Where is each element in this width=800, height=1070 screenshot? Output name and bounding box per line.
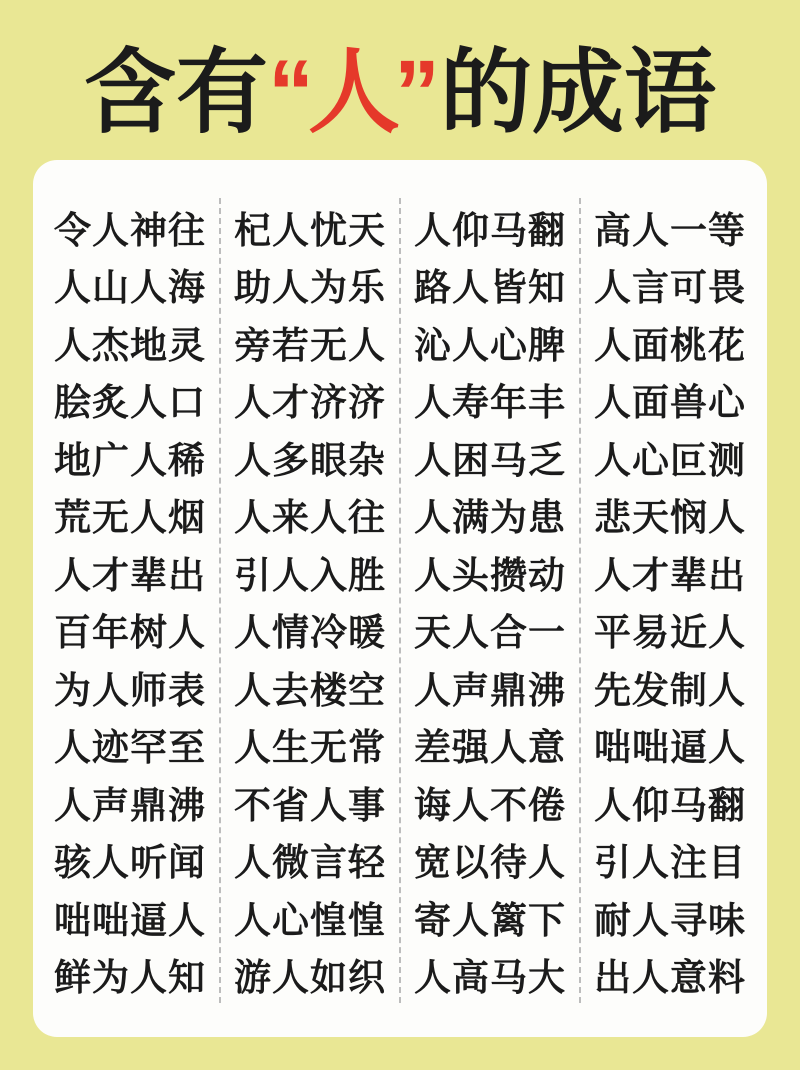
title-suffix: 的成语 xyxy=(440,19,716,151)
title-prefix: 含有 xyxy=(84,19,268,151)
idiom-item: 人心叵测 xyxy=(581,428,759,486)
idiom-item: 沁人心脾 xyxy=(401,313,579,371)
idiom-item: 人声鼎沸 xyxy=(401,658,579,716)
idiom-item: 脍炙人口 xyxy=(41,371,219,429)
idiom-item: 人生无常 xyxy=(221,716,399,774)
idiom-item: 宽以待人 xyxy=(401,831,579,889)
idiom-column-1: 令人神往人山人海人杰地灵脍炙人口地广人稀荒无人烟人才辈出百年树人为人师表人迹罕至… xyxy=(41,198,221,1003)
idiom-column-4: 高人一等人言可畏人面桃花人面兽心人心叵测悲天悯人人才辈出平易近人先发制人咄咄逼人… xyxy=(581,198,759,1003)
idiom-item: 高人一等 xyxy=(581,198,759,256)
idiom-item: 旁若无人 xyxy=(221,313,399,371)
idiom-item: 人寿年丰 xyxy=(401,371,579,429)
idiom-card: 令人神往人山人海人杰地灵脍炙人口地广人稀荒无人烟人才辈出百年树人为人师表人迹罕至… xyxy=(33,160,767,1037)
idiom-item: 人声鼎沸 xyxy=(41,773,219,831)
idiom-item: 人去楼空 xyxy=(221,658,399,716)
idiom-item: 骇人听闻 xyxy=(41,831,219,889)
idiom-item: 人才辈出 xyxy=(581,543,759,601)
idiom-item: 人仰马翻 xyxy=(581,773,759,831)
idiom-item: 出人意料 xyxy=(581,946,759,1004)
idiom-item: 人微言轻 xyxy=(221,831,399,889)
title-highlight: “人” xyxy=(268,19,434,151)
idiom-item: 荒无人烟 xyxy=(41,486,219,544)
idiom-column-3: 人仰马翻路人皆知沁人心脾人寿年丰人困马乏人满为患人头攒动天人合一人声鼎沸差强人意… xyxy=(401,198,581,1003)
idiom-item: 人杰地灵 xyxy=(41,313,219,371)
idiom-item: 诲人不倦 xyxy=(401,773,579,831)
idiom-item: 人言可畏 xyxy=(581,256,759,314)
idiom-item: 路人皆知 xyxy=(401,256,579,314)
idiom-item: 人仰马翻 xyxy=(401,198,579,256)
idiom-item: 地广人稀 xyxy=(41,428,219,486)
idiom-item: 助人为乐 xyxy=(221,256,399,314)
idiom-item: 人面桃花 xyxy=(581,313,759,371)
idiom-item: 天人合一 xyxy=(401,601,579,659)
idiom-item: 人才济济 xyxy=(221,371,399,429)
idiom-item: 悲天悯人 xyxy=(581,486,759,544)
idiom-item: 人头攒动 xyxy=(401,543,579,601)
idiom-item: 不省人事 xyxy=(221,773,399,831)
idiom-item: 平易近人 xyxy=(581,601,759,659)
idiom-item: 人高马大 xyxy=(401,946,579,1004)
idiom-grid: 令人神往人山人海人杰地灵脍炙人口地广人稀荒无人烟人才辈出百年树人为人师表人迹罕至… xyxy=(41,198,759,1003)
idiom-item: 人才辈出 xyxy=(41,543,219,601)
idiom-item: 人山人海 xyxy=(41,256,219,314)
idiom-item: 游人如织 xyxy=(221,946,399,1004)
idiom-item: 人困马乏 xyxy=(401,428,579,486)
idiom-item: 咄咄逼人 xyxy=(41,888,219,946)
idiom-item: 耐人寻味 xyxy=(581,888,759,946)
poster-page: 含有“人”的成语 令人神往人山人海人杰地灵脍炙人口地广人稀荒无人烟人才辈出百年树… xyxy=(0,0,800,1070)
idiom-item: 杞人忧天 xyxy=(221,198,399,256)
idiom-item: 人心惶惶 xyxy=(221,888,399,946)
page-title: 含有“人”的成语 xyxy=(0,0,800,160)
idiom-item: 人情冷暖 xyxy=(221,601,399,659)
idiom-item: 人面兽心 xyxy=(581,371,759,429)
idiom-item: 人多眼杂 xyxy=(221,428,399,486)
idiom-item: 人迹罕至 xyxy=(41,716,219,774)
idiom-item: 为人师表 xyxy=(41,658,219,716)
idiom-item: 寄人篱下 xyxy=(401,888,579,946)
idiom-item: 引人注目 xyxy=(581,831,759,889)
idiom-item: 百年树人 xyxy=(41,601,219,659)
idiom-column-2: 杞人忧天助人为乐旁若无人人才济济人多眼杂人来人往引人入胜人情冷暖人去楼空人生无常… xyxy=(221,198,401,1003)
idiom-item: 咄咄逼人 xyxy=(581,716,759,774)
idiom-item: 鲜为人知 xyxy=(41,946,219,1004)
idiom-item: 差强人意 xyxy=(401,716,579,774)
idiom-item: 先发制人 xyxy=(581,658,759,716)
idiom-item: 引人入胜 xyxy=(221,543,399,601)
idiom-item: 令人神往 xyxy=(41,198,219,256)
idiom-item: 人满为患 xyxy=(401,486,579,544)
idiom-item: 人来人往 xyxy=(221,486,399,544)
